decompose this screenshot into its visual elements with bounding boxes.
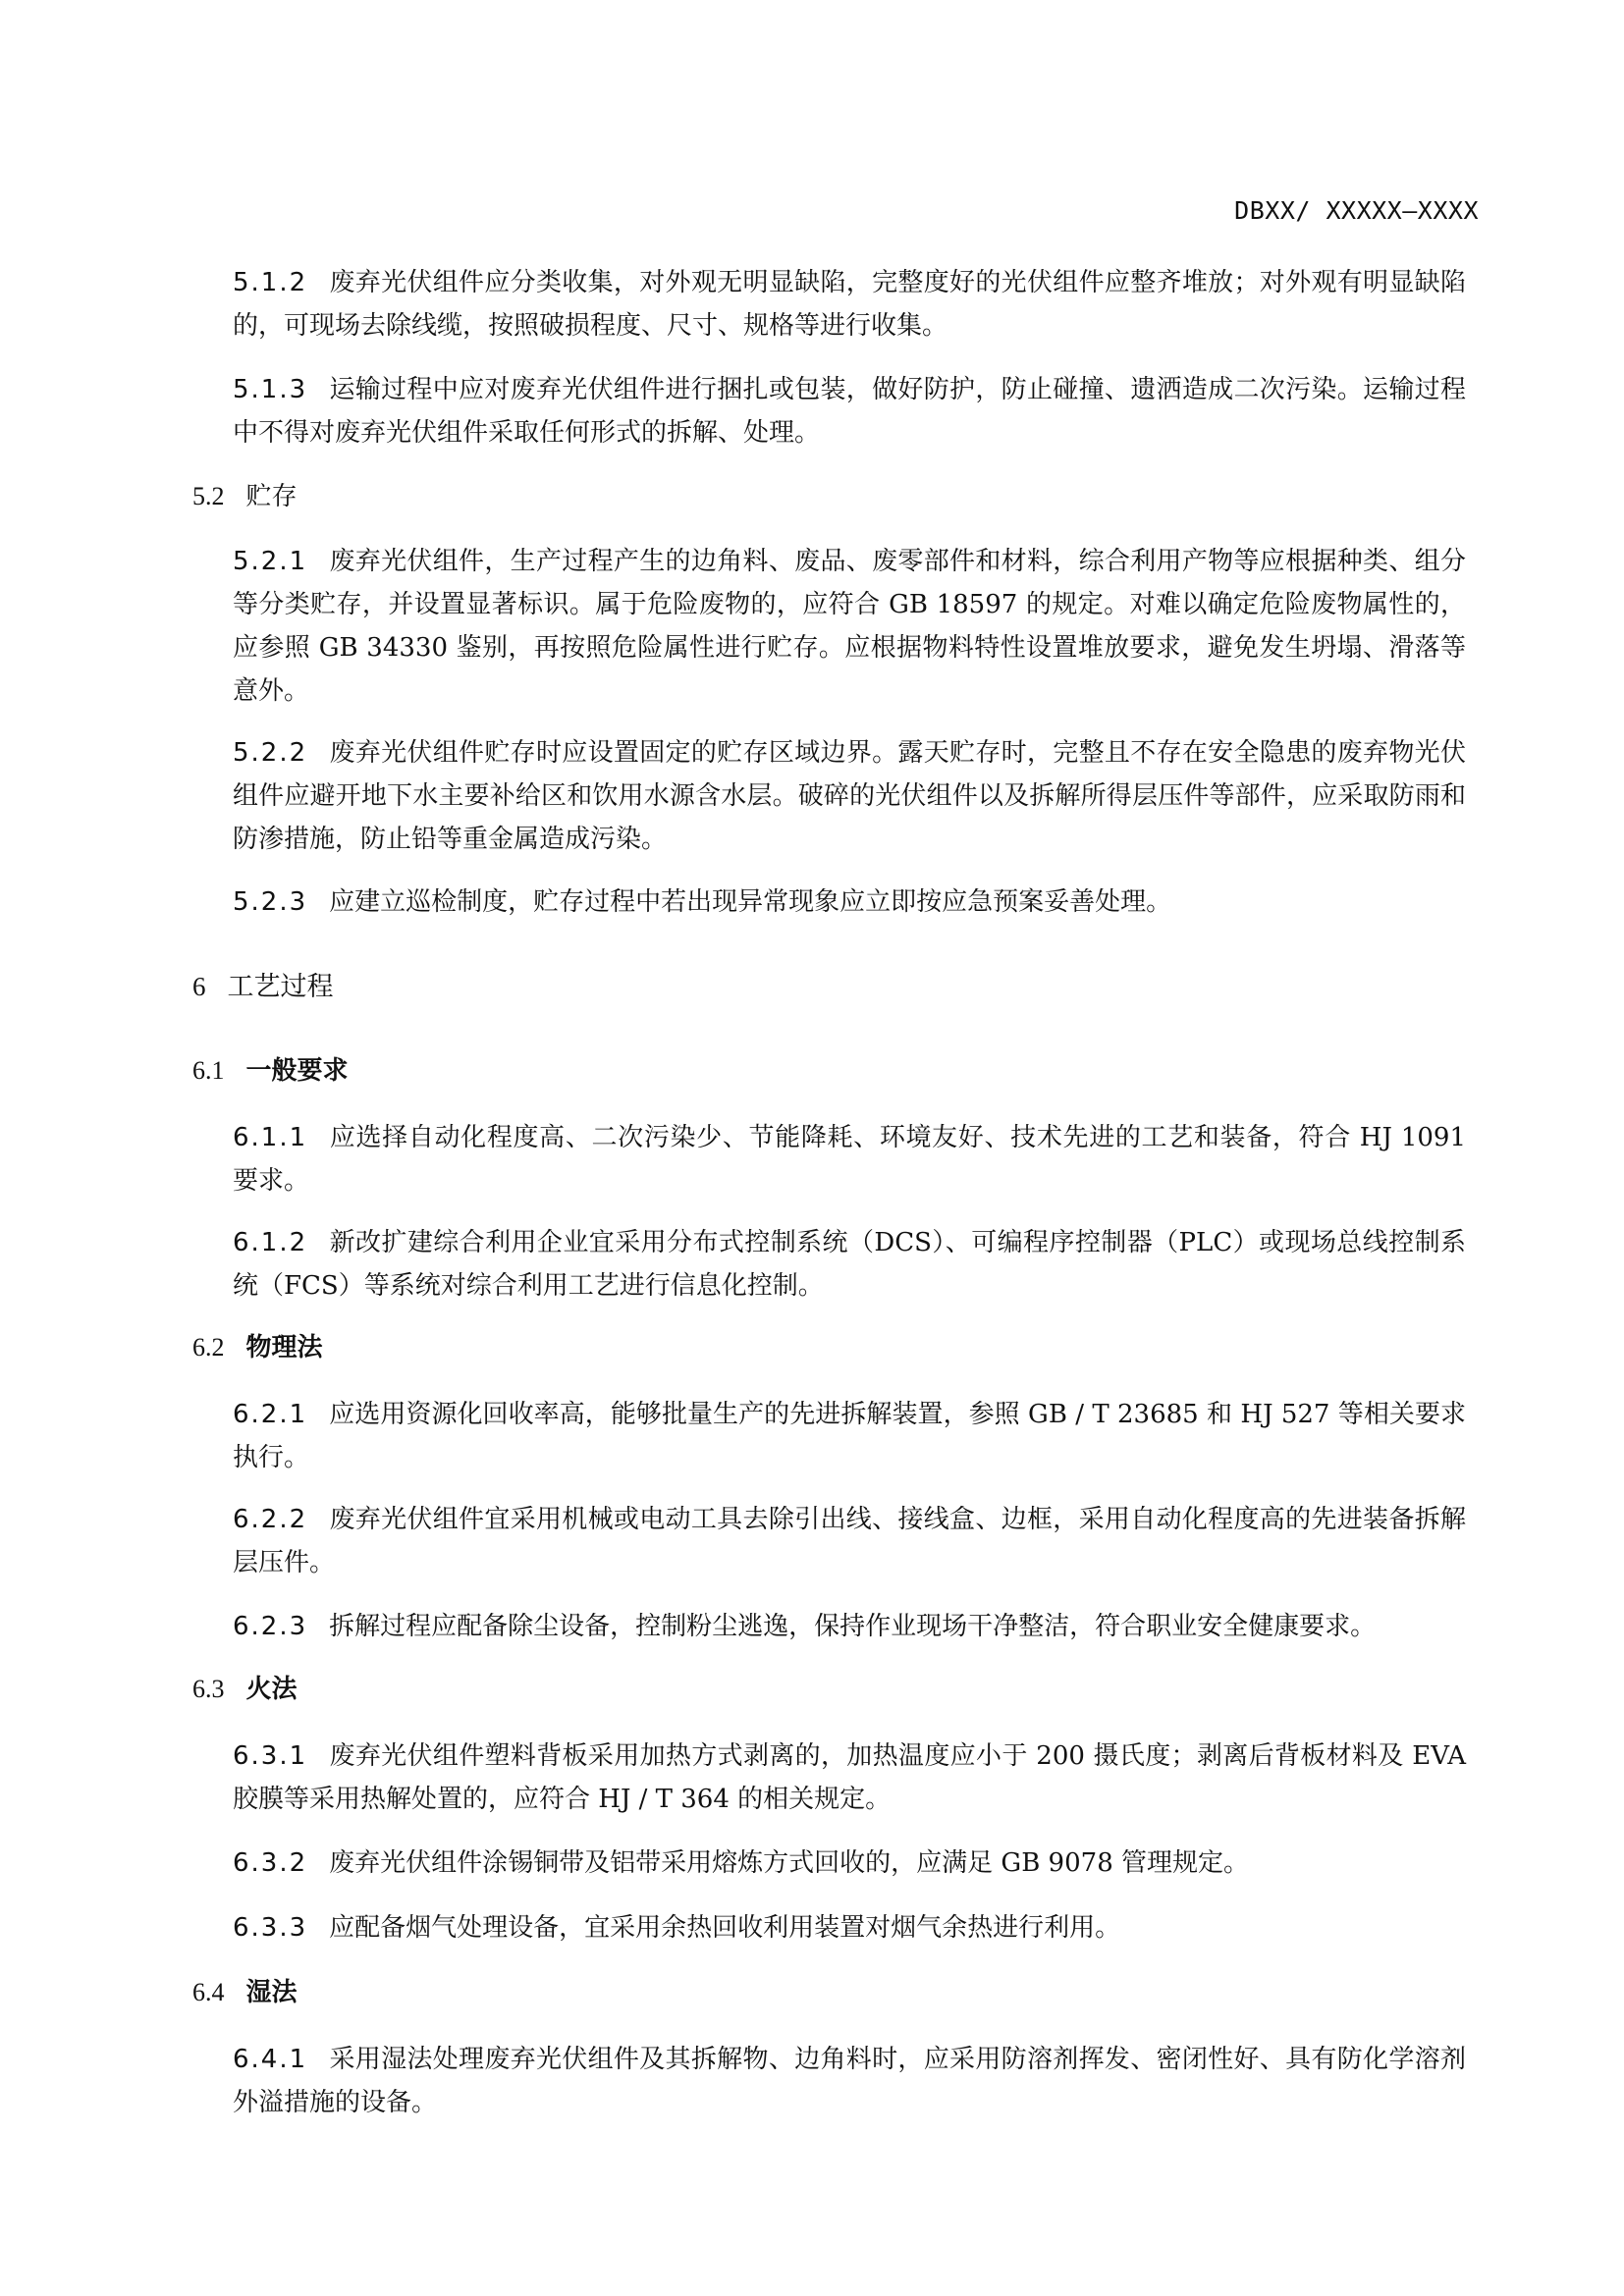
clause-text: 废弃光伏组件宜采用机械或电动工具去除引出线、接线盒、边框，采用自动化程度高的先进… [233, 1505, 1466, 1577]
clause-number: 5.2.3 [233, 887, 307, 917]
section-title: 贮存 [246, 482, 298, 511]
clause-6-3-3: 6.3.3应配备烟气处理设备，宜采用余热回收利用装置对烟气余热进行利用。 [233, 1906, 1466, 1949]
clause-number: 6.4.1 [233, 2045, 307, 2074]
clause-number: 5.1.3 [233, 375, 307, 404]
clause-text: 应选用资源化回收率高，能够批量生产的先进拆解装置，参照 GB / T 23685… [233, 1400, 1466, 1472]
section-heading-6-3: 6.3火法 [192, 1672, 298, 1707]
document-code: DBXX/ XXXXX—XXXX [1234, 196, 1479, 225]
clause-5-2-3: 5.2.3应建立巡检制度，贮存过程中若出现异常现象应立即按应急预案妥善处理。 [233, 881, 1466, 924]
clause-6-3-1: 6.3.1废弃光伏组件塑料背板采用加热方式剥离的，加热温度应小于 200 摄氏度… [233, 1735, 1466, 1821]
clause-text: 采用湿法处理废弃光伏组件及其拆解物、边角料时，应采用防溶剂挥发、密闭性好、具有防… [233, 2045, 1466, 2117]
section-number: 6.2 [192, 1333, 225, 1362]
clause-number: 6.3.2 [233, 1848, 307, 1878]
clause-number: 6.3.1 [233, 1741, 307, 1771]
clause-5-1-3: 5.1.3运输过程中应对废弃光伏组件进行捆扎或包装，做好防护，防止碰撞、遗洒造成… [233, 368, 1466, 454]
clause-text: 新改扩建综合利用企业宜采用分布式控制系统（DCS）、可编程序控制器（PLC）或现… [233, 1228, 1466, 1301]
clause-6-2-3: 6.2.3拆解过程应配备除尘设备，控制粉尘逃逸，保持作业现场干净整洁，符合职业安… [233, 1605, 1466, 1648]
chapter-number: 6 [192, 972, 206, 1001]
clause-number: 6.1.1 [233, 1123, 307, 1152]
chapter-heading-6: 6工艺过程 [192, 968, 334, 1006]
section-heading-6-4: 6.4湿法 [192, 1975, 298, 2010]
section-heading-5-2: 5.2贮存 [192, 479, 298, 514]
clause-5-2-2: 5.2.2废弃光伏组件贮存时应设置固定的贮存区域边界。露天贮存时，完整且不存在安… [233, 731, 1466, 861]
clause-6-4-1: 6.4.1采用湿法处理废弃光伏组件及其拆解物、边角料时，应采用防溶剂挥发、密闭性… [233, 2038, 1466, 2124]
clause-6-3-2: 6.3.2废弃光伏组件涂锡铜带及铝带采用熔炼方式回收的，应满足 GB 9078 … [233, 1842, 1466, 1885]
section-title: 一般要求 [246, 1056, 349, 1086]
clause-text: 应建立巡检制度，贮存过程中若出现异常现象应立即按应急预案妥善处理。 [329, 887, 1171, 917]
section-number: 6.1 [192, 1056, 225, 1085]
clause-number: 6.1.2 [233, 1228, 307, 1257]
clause-number: 5.1.2 [233, 268, 307, 297]
clause-text: 应选择自动化程度高、二次污染少、节能降耗、环境友好、技术先进的工艺和装备，符合 … [233, 1123, 1466, 1196]
clause-text: 废弃光伏组件塑料背板采用加热方式剥离的，加热温度应小于 200 摄氏度；剥离后背… [233, 1741, 1466, 1814]
clause-text: 拆解过程应配备除尘设备，控制粉尘逃逸，保持作业现场干净整洁，符合职业安全健康要求… [329, 1612, 1376, 1641]
clause-text: 废弃光伏组件涂锡铜带及铝带采用熔炼方式回收的，应满足 GB 9078 管理规定。 [329, 1848, 1249, 1878]
section-title: 物理法 [246, 1333, 323, 1362]
clause-6-1-2: 6.1.2新改扩建综合利用企业宜采用分布式控制系统（DCS）、可编程序控制器（P… [233, 1221, 1466, 1308]
clause-5-1-2: 5.1.2废弃光伏组件应分类收集，对外观无明显缺陷，完整度好的光伏组件应整齐堆放… [233, 261, 1466, 347]
clause-number: 6.3.3 [233, 1913, 307, 1943]
clause-number: 5.2.2 [233, 738, 307, 768]
clause-text: 运输过程中应对废弃光伏组件进行捆扎或包装，做好防护，防止碰撞、遗洒造成二次污染。… [233, 375, 1466, 448]
clause-text: 应配备烟气处理设备，宜采用余热回收利用装置对烟气余热进行利用。 [329, 1913, 1120, 1943]
clause-text: 废弃光伏组件贮存时应设置固定的贮存区域边界。露天贮存时，完整且不存在安全隐患的废… [233, 738, 1466, 854]
section-heading-6-1: 6.1一般要求 [192, 1053, 349, 1089]
section-number: 6.4 [192, 1978, 225, 2006]
clause-5-2-1: 5.2.1废弃光伏组件，生产过程产生的边角料、废品、废零部件和材料，综合利用产物… [233, 540, 1466, 713]
clause-text: 废弃光伏组件，生产过程产生的边角料、废品、废零部件和材料，综合利用产物等应根据种… [233, 547, 1466, 706]
section-title: 火法 [246, 1675, 298, 1704]
clause-text: 废弃光伏组件应分类收集，对外观无明显缺陷，完整度好的光伏组件应整齐堆放；对外观有… [233, 268, 1466, 341]
clause-6-1-1: 6.1.1应选择自动化程度高、二次污染少、节能降耗、环境友好、技术先进的工艺和装… [233, 1116, 1466, 1202]
chapter-title: 工艺过程 [228, 972, 334, 1002]
section-heading-6-2: 6.2物理法 [192, 1330, 323, 1365]
document-page: DBXX/ XXXXX—XXXX 5.1.2废弃光伏组件应分类收集，对外观无明显… [0, 0, 1624, 2296]
clause-number: 6.2.2 [233, 1505, 307, 1534]
clause-number: 6.2.1 [233, 1400, 307, 1429]
clause-6-2-1: 6.2.1应选用资源化回收率高，能够批量生产的先进拆解装置，参照 GB / T … [233, 1393, 1466, 1479]
section-number: 6.3 [192, 1675, 225, 1703]
clause-number: 6.2.3 [233, 1612, 307, 1641]
clause-number: 5.2.1 [233, 547, 307, 576]
clause-6-2-2: 6.2.2废弃光伏组件宜采用机械或电动工具去除引出线、接线盒、边框，采用自动化程… [233, 1498, 1466, 1584]
section-title: 湿法 [246, 1978, 298, 2007]
section-number: 5.2 [192, 482, 225, 510]
